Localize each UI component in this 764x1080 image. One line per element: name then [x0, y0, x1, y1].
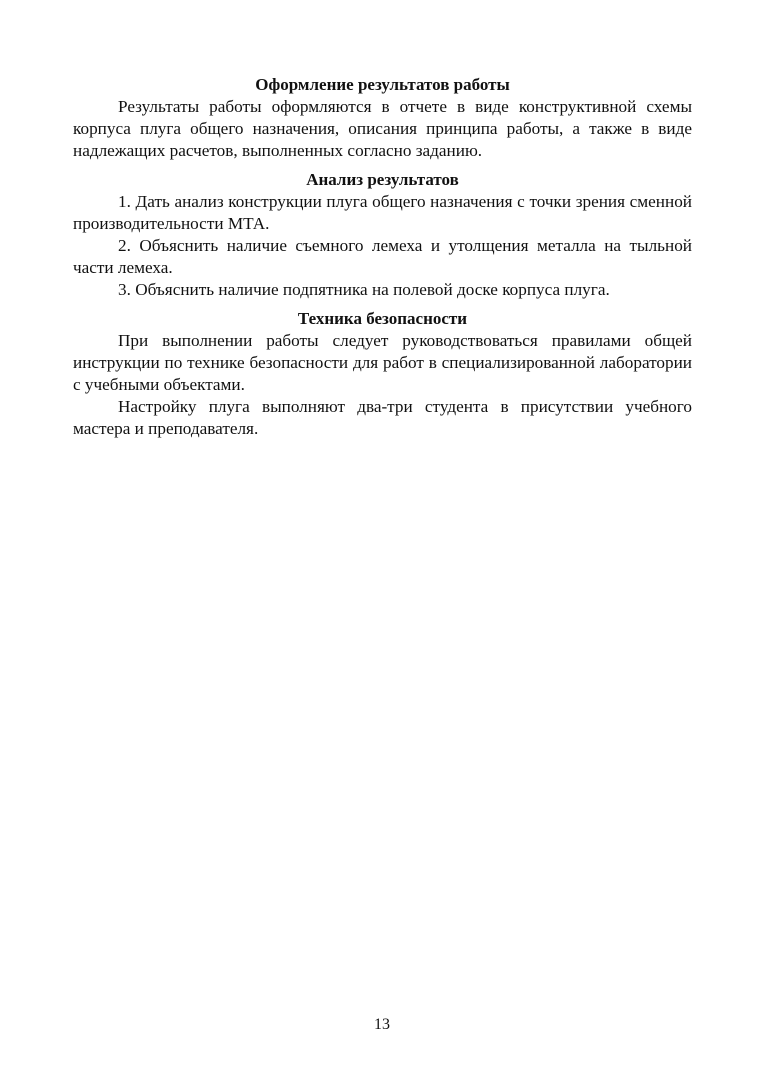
list-item: 1. Дать анализ конструкции плуга общего …: [73, 191, 692, 235]
section-safety: Техника безопасности При выполнении рабо…: [73, 308, 692, 440]
document-page: Оформление результатов работы Результаты…: [73, 74, 692, 440]
section-heading: Оформление результатов работы: [73, 74, 692, 96]
section-heading: Анализ результатов: [73, 169, 692, 191]
list-item: 3. Объяснить наличие подпятника на полев…: [73, 279, 692, 301]
paragraph: Результаты работы оформляются в отчете в…: [73, 96, 692, 162]
list-item: 2. Объяснить наличие съемного лемеха и у…: [73, 235, 692, 279]
section-results-analysis: Анализ результатов 1. Дать анализ констр…: [73, 169, 692, 301]
section-heading: Техника безопасности: [73, 308, 692, 330]
paragraph: Настройку плуга выполняют два-три студен…: [73, 396, 692, 440]
paragraph: При выполнении работы следует руководств…: [73, 330, 692, 396]
section-results-formatting: Оформление результатов работы Результаты…: [73, 74, 692, 162]
page-number: 13: [0, 1015, 764, 1035]
